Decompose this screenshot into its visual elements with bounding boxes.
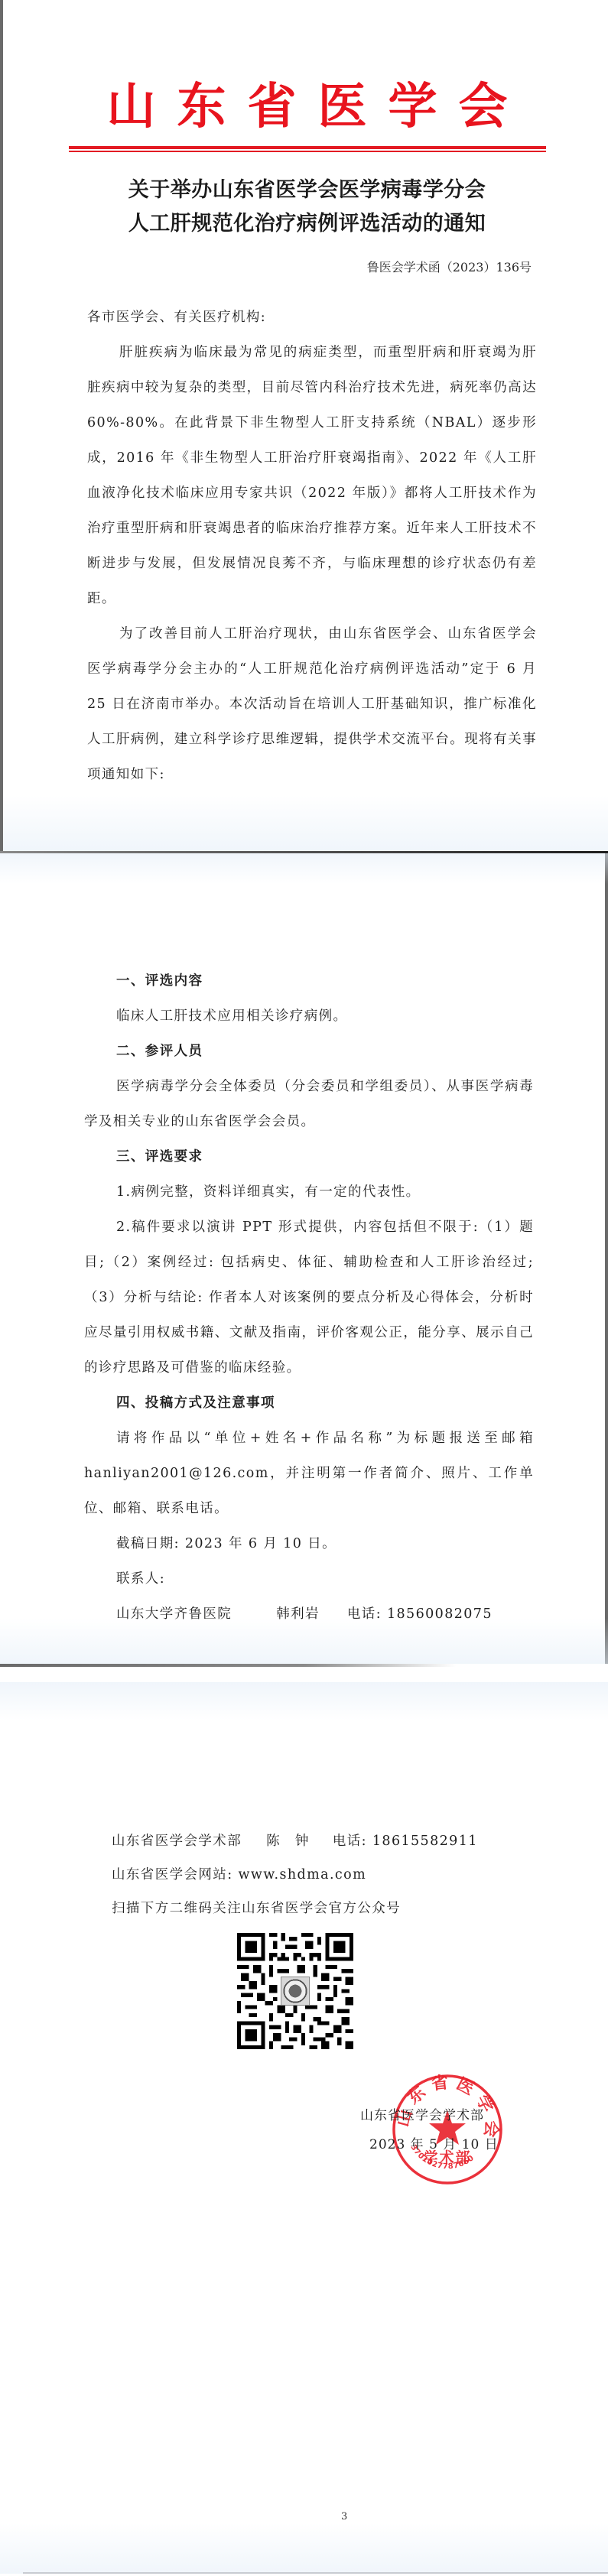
page-1: 山东省医学会 关于举办山东省医学会医学病毒学分会 人工肝规范化治疗病例评选活动的…: [0, 0, 608, 851]
page-bottom-edge: [23, 2572, 608, 2574]
contact-block: 山东省医学会学术部陈 钟电话: 18615582911 山东省医学会网站: ww…: [112, 1824, 540, 1925]
website-row: 山东省医学会网站: www.shdma.com: [112, 1858, 540, 1892]
section-heading-3: 三、评选要求: [84, 1139, 534, 1174]
scan-artifact: [3, 795, 608, 851]
intro-paragraph-1: 肝脏疾病为临床最为常见的病症类型，而重型肝病和肝衰竭为肝脏疾病中较为复杂的类型，…: [87, 335, 537, 616]
section-heading-4: 四、投稿方式及注意事项: [84, 1385, 534, 1421]
qr-code-icon: [237, 1933, 353, 2049]
contact-name: 韩利岩: [276, 1606, 320, 1622]
contact-phone-label: 电话:: [333, 1834, 367, 1849]
contact-org: 山东省医学会学术部: [112, 1834, 242, 1849]
section-2-content: 医学病毒学分会全体委员（分会委员和学组委员）、从事医学病毒学及相关专业的山东省医…: [84, 1069, 534, 1139]
section-3-item-1: 1.病例完整，资料详细真实，有一定的代表性。: [84, 1174, 534, 1210]
intro-paragraph-2: 为了改善目前人工肝治疗现状，由山东省医学会、山东省医学会医学病毒学分会主办的“人…: [87, 616, 537, 792]
qr-caption: 扫描下方二维码关注山东省医学会官方公众号: [112, 1892, 540, 1925]
notice-sections: 一、评选内容 临床人工肝技术应用相关诊疗病例。 二、参评人员 医学病毒学分会全体…: [84, 963, 534, 1632]
page-2: 一、评选内容 临床人工肝技术应用相关诊疗病例。 二、参评人员 医学病毒学分会全体…: [0, 853, 608, 1664]
section-heading-1: 一、评选内容: [84, 963, 534, 999]
document-number: 鲁医会学术函（2023）136号: [367, 258, 532, 275]
page-3: [0, 1667, 608, 2576]
contact-name: 陈 钟: [266, 1834, 310, 1849]
section-3-item-2: 2.稿件要求以演讲 PPT 形式提供，内容包括但不限于:（1）题目;（2）案例经…: [84, 1210, 534, 1385]
page-number-3: 3: [341, 2511, 347, 2522]
contact-row-1: 山东大学齐鲁医院韩利岩电话: 18560082075: [84, 1597, 534, 1632]
official-seal: 山东省医学会 学术部 3701027787660: [390, 2072, 505, 2187]
letterhead-rule-thin: [69, 151, 546, 152]
notice-title-line-1: 关于举办山东省医学会医学病毒学分会: [3, 173, 608, 203]
website-link[interactable]: www.shdma.com: [238, 1867, 366, 1882]
scan-artifact: [0, 1682, 608, 1720]
website-label: 山东省医学会网站:: [112, 1867, 233, 1882]
contact-phone-label: 电话:: [347, 1606, 382, 1622]
notice-title-line-2: 人工肝规范化治疗病例评选活动的通知: [3, 206, 608, 236]
contact-org: 山东大学齐鲁医院: [116, 1606, 232, 1622]
deadline: 截稿日期: 2023 年 6 月 10 日。: [84, 1526, 534, 1561]
contact-row-2: 山东省医学会学术部陈 钟电话: 18615582911: [112, 1824, 540, 1858]
signature-issuer: 山东省医学会学术部: [360, 2104, 484, 2123]
letterhead-title: 山东省医学会: [3, 76, 608, 138]
section-1-content: 临床人工肝技术应用相关诊疗病例。: [84, 999, 534, 1034]
qr-code[interactable]: [237, 1933, 353, 2049]
notice-body: 各市医学会、有关医疗机构: 肝脏疾病为临床最为常见的病症类型，而重型肝病和肝衰竭…: [87, 300, 537, 792]
contact-phone: 18560082075: [387, 1606, 493, 1622]
letterhead-rule-thick: [69, 146, 546, 149]
seal-icon: 山东省医学会 学术部 3701027787660: [390, 2072, 505, 2187]
section-heading-2: 二、参评人员: [84, 1034, 534, 1069]
contact-phone: 18615582911: [372, 1834, 478, 1849]
signature-date: 2023 年 5 月 10 日: [369, 2133, 499, 2152]
salutation: 各市医学会、有关医疗机构:: [87, 300, 537, 335]
scan-artifact: [0, 853, 608, 884]
submission-instructions: 请将作品以“单位+姓名+作品名称”为标题报送至邮箱 hanliyan2001@1…: [84, 1421, 534, 1526]
contact-label: 联系人:: [84, 1561, 534, 1597]
